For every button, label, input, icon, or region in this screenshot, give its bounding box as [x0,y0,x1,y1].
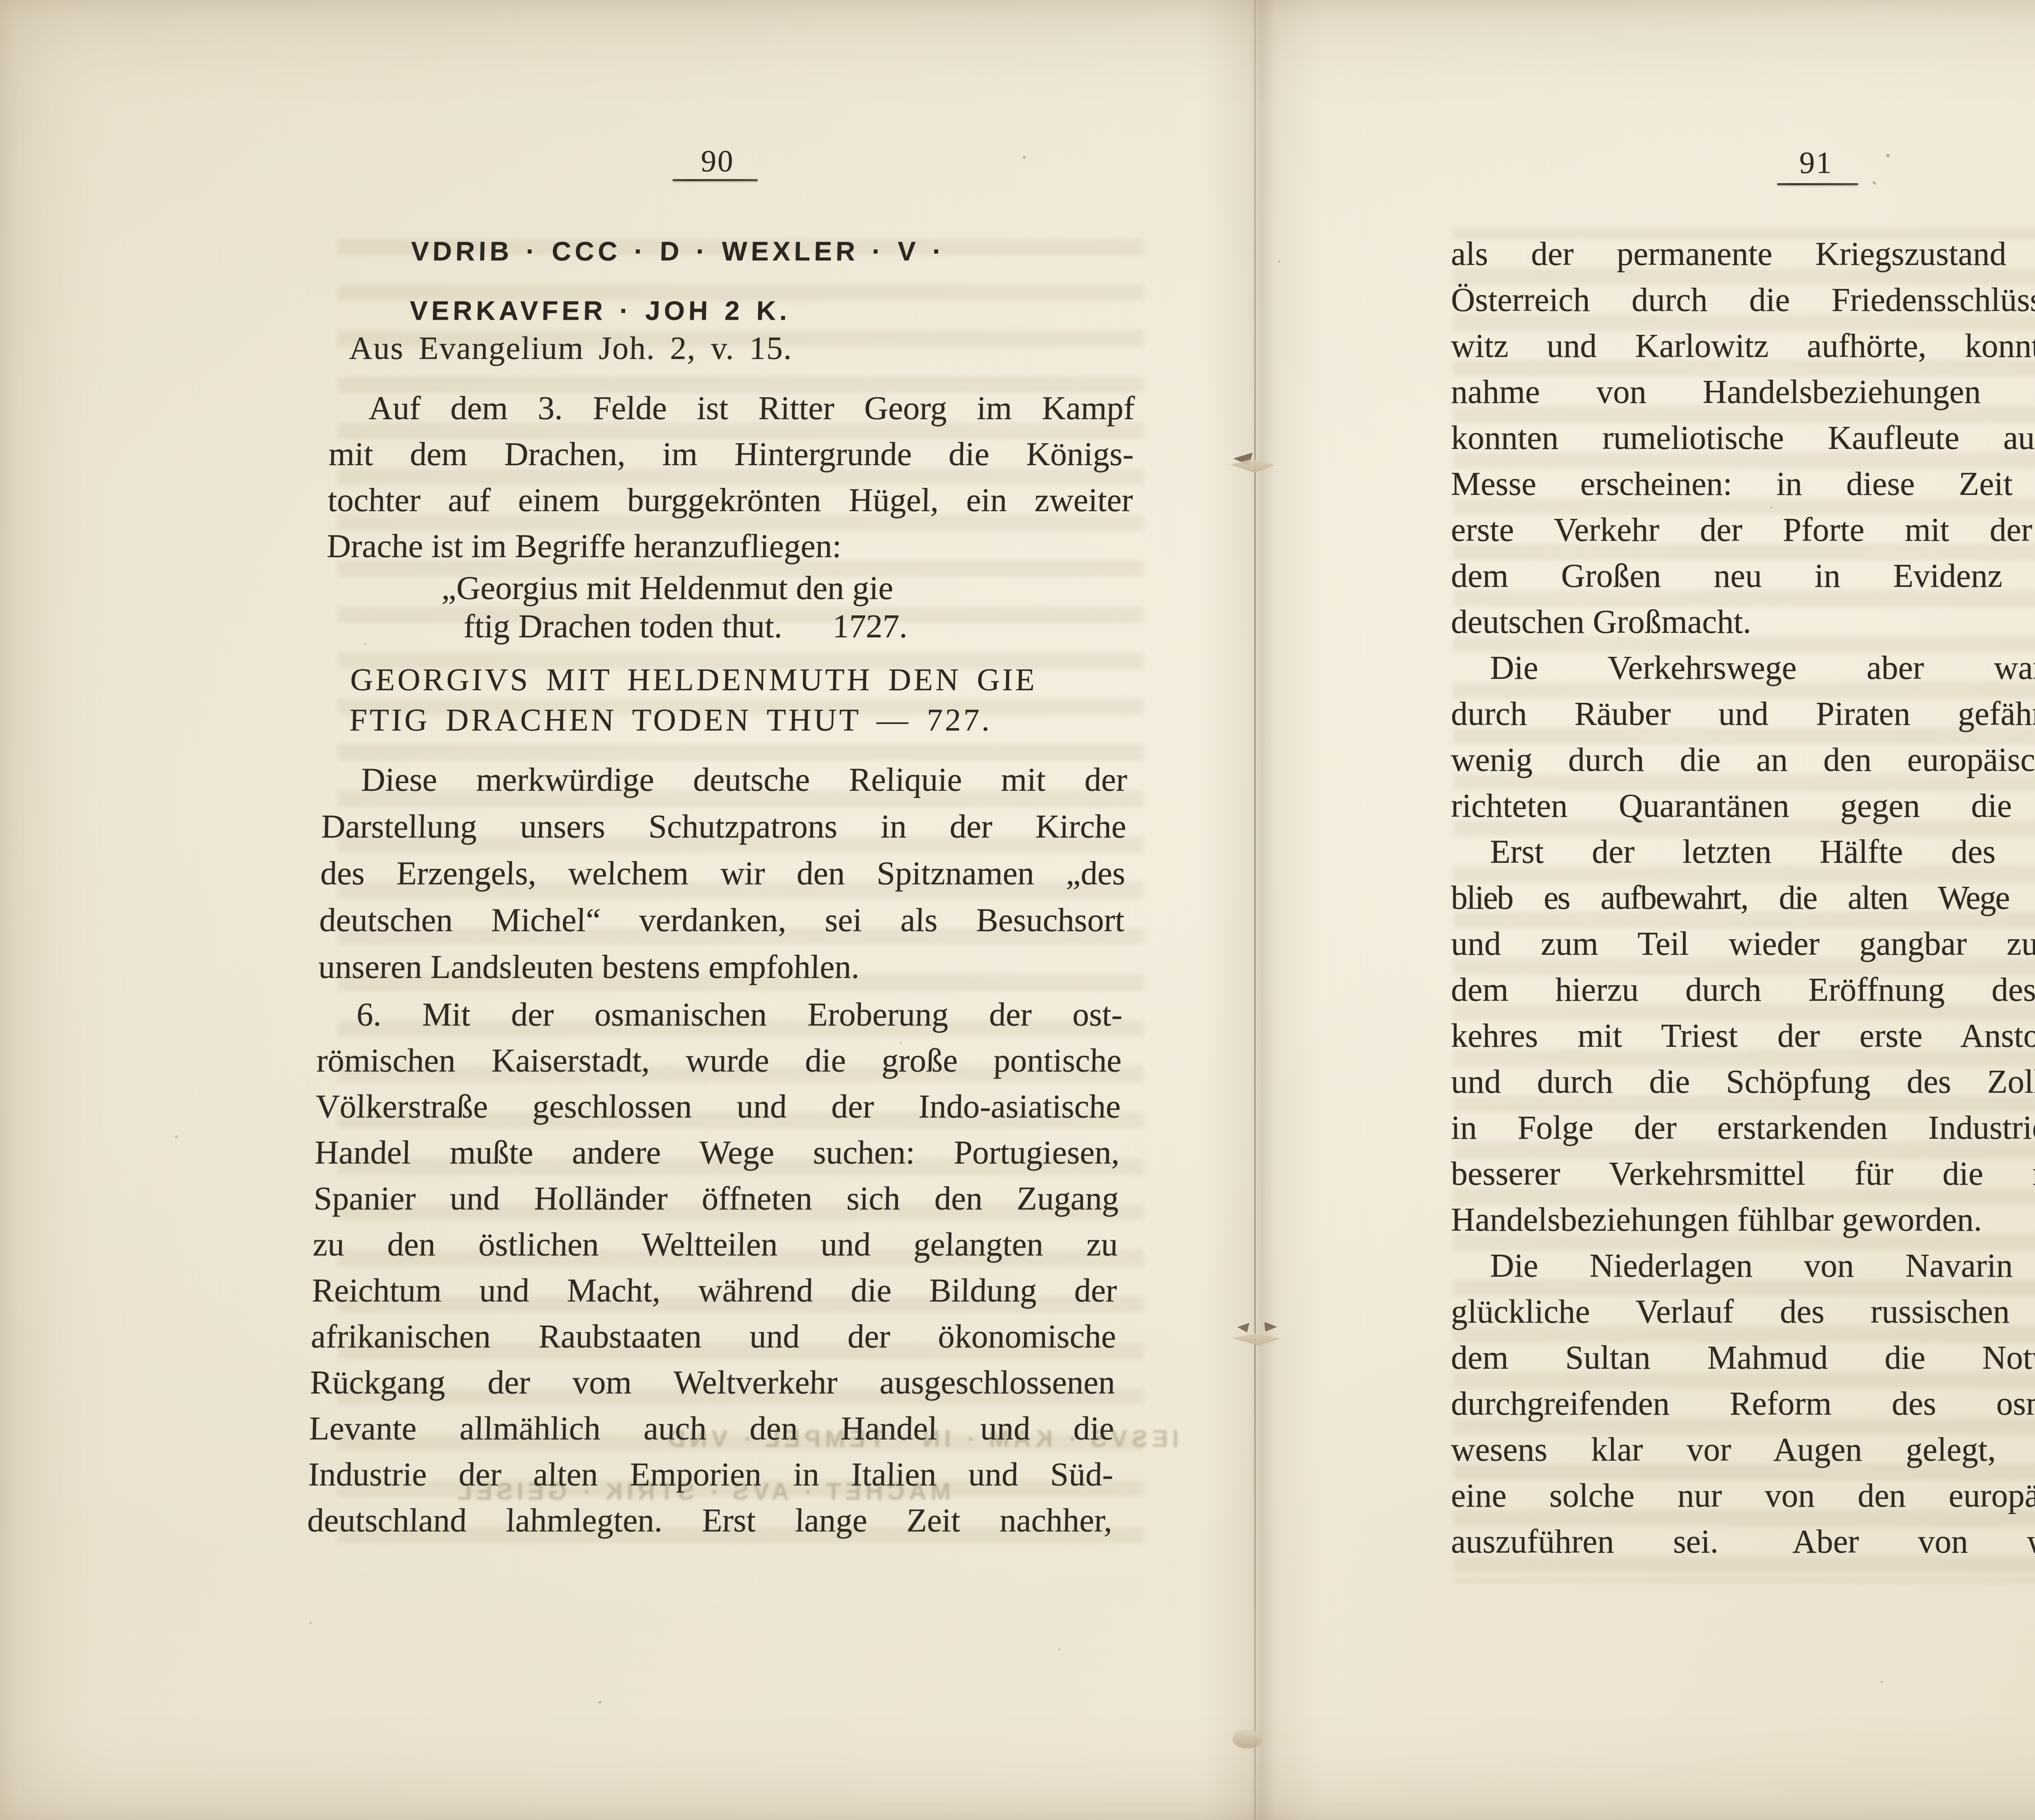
text-line: und zum Teil wieder gangbar zu machen, n… [1451,921,2035,967]
text-line: Darstellung unsers Schutzpatrons in der … [321,803,1127,850]
text-line: Handelsbeziehungen fühlbar geworden. [1451,1197,2035,1242]
text-line: unseren Landsleuten bestens empfohlen. [318,943,1124,990]
verse-quote: „Georgius mit Heldenmut den gieftig Drac… [325,569,1131,645]
text-line: Die Niederlagen von Navarin und der un- [1451,1242,2035,1288]
text-line: dem hierzu durch Eröffnung des Dampfschi… [1451,967,2035,1013]
text-line: des Erzengels, welchem wir den Spitzname… [320,850,1126,897]
text-line: mit dem Drachen, im Hintergrunde die Kön… [328,431,1134,477]
text-line: deutschland lahmlegten. Erst lange Zeit … [307,1497,1113,1543]
text-line: Völkerstraße geschlossen und der Indo-as… [315,1083,1121,1129]
right-paragraph-navarin: Die Niederlagen von Navarin und der un-g… [1451,1242,2035,1564]
text-line: VDRIB · CCC · D · WEXLER · V · [410,221,945,281]
text-line: Auf dem 3. Felde ist Ritter Georg im Kam… [329,385,1135,431]
text-line: Drache ist im Begriffe heranzufliegen: [326,523,1132,569]
text-line: Österreich durch die Friedensschlüsse vo… [1451,277,2035,323]
inscription-caps: GEORGIVS MIT HELDENMUTH DEN GIEFTIG DRAC… [349,659,1038,740]
left-page-heading: VDRIB · CCC · D · WEXLER · V ·VERKAVFER … [409,221,945,340]
text-line: GEORGIVS MIT HELDENMUTH DEN GIE [350,659,1037,700]
page-number-rule-left [672,179,758,181]
text-line: deutschen Großmacht. [1451,599,2035,645]
text-line: erste Verkehr der Pforte mit der unter F… [1451,507,2035,553]
subheading-label: Aus Evangelium Joh. 2, v. 15. [349,330,793,366]
page-number-label: 91 [1799,146,1833,180]
text-line: tochter auf einem burggekrönten Hügel, e… [327,477,1133,523]
text-line: blieb es aufbewahrt, die alten Wege wied… [1451,875,2035,921]
page-number-label: 90 [700,144,735,178]
text-line: römischen Kaiserstadt, wurde die große p… [316,1037,1122,1083]
text-line: witz und Karlowitz aufhörte, konnte an d… [1451,323,2035,369]
text-line: dem Sultan Mahmud die Notwendigkeit eine… [1451,1334,2035,1380]
text-line: auszuführen sei. Aber von welcher Nation… [1451,1518,2035,1564]
text-line: FTIG DRACHEN TODEN THUT — 727. [349,700,1037,740]
text-line: kehres mit Triest der erste Anstoß gegeb… [1451,1013,2035,1059]
text-line: in Folge der erstarkenden Industrie das … [1451,1105,2035,1151]
left-page-subheading: Aus Evangelium Joh. 2, v. 15. [349,327,793,370]
text-line: nahme von Handelsbeziehungen gedacht wer… [1451,369,2035,415]
text-line: Messe erscheinen: in diese Zeit fällt au… [1451,461,2035,507]
text-line: glückliche Verlauf des russischen Feldzu… [1451,1288,2035,1334]
text-line: als der permanente Kriegszustand der Pfo… [1451,231,2035,277]
text-line: Diese merkwürdige deutsche Reliquie mit … [322,756,1127,803]
page-number-right: 91 [1775,142,1857,183]
left-paragraph-handel: 6. Mit der osmanischen Eroberung der ost… [307,991,1123,1543]
text-line: durch Räuber und Piraten gefährdet, und … [1451,691,2035,737]
text-line: richteten Quarantänen gegen die Pest ver… [1451,783,2035,829]
text-line: deutschen Michel“ verdanken, sei als Bes… [319,897,1125,943]
text-line: Rückgang der vom Weltverkehr ausgeschlos… [310,1359,1116,1405]
text-line: Spanier und Holländer öffneten sich den … [313,1175,1119,1221]
text-line: „Georgius mit Heldenmut den gie [441,569,1131,607]
text-line: durchgreifenden Reform des osmanischen H… [1451,1380,2035,1426]
text-line: zu den östlichen Weltteilen und gelangte… [312,1221,1118,1267]
book-spread-scan: IESVS · KAM · IN · TEMPEL · VND MACHET ·… [0,0,2035,1820]
text-line: Handel mußte andere Wege suchen: Portugi… [314,1129,1120,1175]
right-paragraph-wege: Die Verkehrswege aber waren mangelhaft,d… [1451,645,2035,829]
text-line: besserer Verkehrsmittel für die neu ents… [1451,1151,2035,1197]
text-line: dem Großen neu in Evidenz tretenden nord… [1451,553,2035,599]
text-line: eine solche nur von den europäischen Off… [1451,1472,2035,1518]
text-line: ftig Drachen toden thut. 1727. [463,607,1131,645]
right-paragraph-dampf: Erst der letzten Hälfte des 19. Jahrhund… [1451,829,2035,1242]
left-paragraph-reliquie: Diese merkwürdige deutsche Reliquie mit … [318,756,1128,990]
page-number-left: 90 [676,141,759,182]
text-line: 6. Mit der osmanischen Eroberung der ost… [317,991,1123,1037]
text-line: konnten rumeliotische Kaufleute auf der … [1451,415,2035,461]
text-line: Erst der letzten Hälfte des 19. Jahrhund… [1451,829,2035,875]
left-paragraph-intro: Auf dem 3. Felde ist Ritter Georg im Kam… [326,385,1135,569]
right-paragraph-frieden: als der permanente Kriegszustand der Pfo… [1451,231,2035,645]
text-line: Reichtum und Macht, während die Bildung … [311,1267,1117,1313]
text-line: Levante allmählich auch den Handel und d… [309,1405,1114,1451]
text-line: afrikanischen Raubstaaten und der ökonom… [311,1313,1116,1359]
text-line: wesens klar vor Augen gelegt, aber auch,… [1451,1426,2035,1472]
text-line: Die Verkehrswege aber waren mangelhaft, [1451,645,2035,691]
text-line: wenig durch die an den europäischen Gren… [1451,737,2035,783]
text-line: Industrie der alten Emporien in Italien … [308,1451,1114,1497]
page-number-rule-right [1777,183,1858,185]
text-line: und durch die Schöpfung des Zollvereins … [1451,1059,2035,1105]
